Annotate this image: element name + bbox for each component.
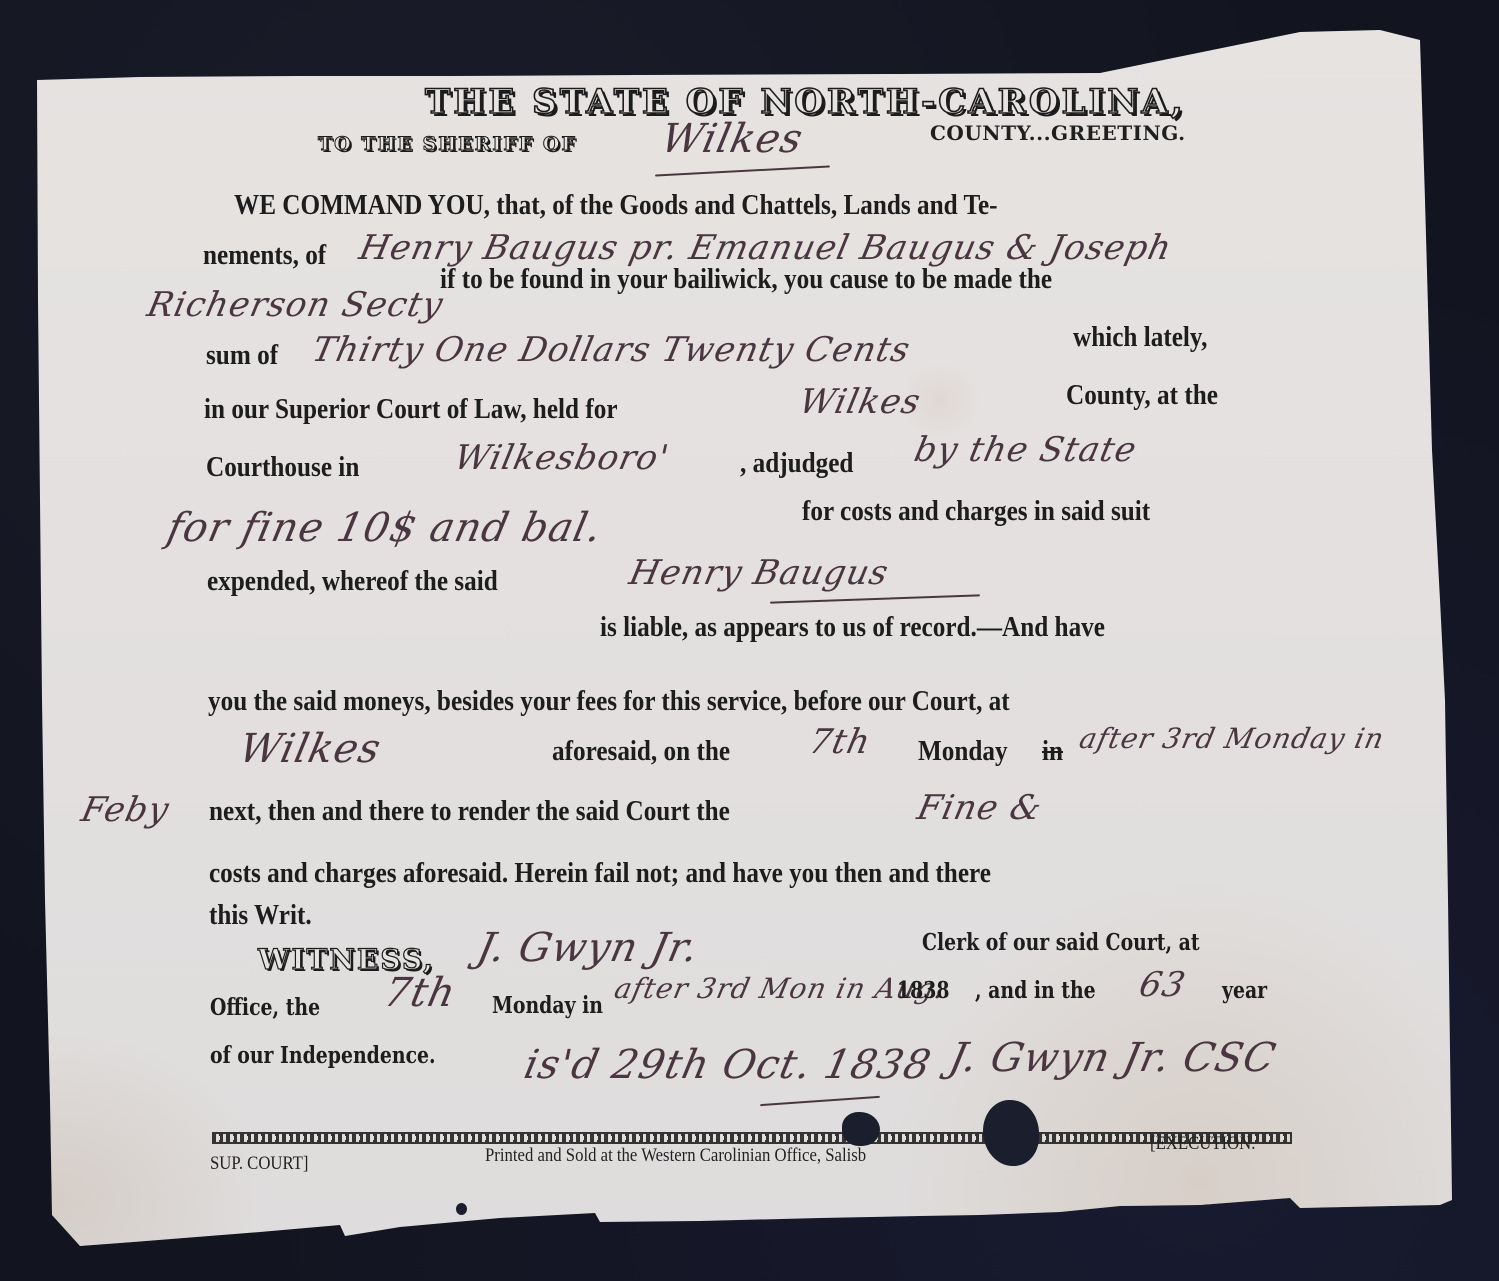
handwritten-county: Wilkes (657, 116, 807, 162)
and-in-the-label: , and in the (975, 977, 1096, 1004)
moneys-line: you the said moneys, besides your fees f… (208, 686, 1010, 718)
clerk-text: Clerk of our said Court, at (922, 929, 1200, 956)
handwritten-witness-name: J. Gwyn Jr. (473, 925, 703, 971)
footer-printer: Printed and Sold at the Western Carolini… (485, 1145, 866, 1167)
burn-hole (983, 1100, 1039, 1166)
courthouse-prefix: Courthouse in (206, 452, 359, 484)
which-lately: which lately, (1073, 322, 1207, 354)
handwritten-return-ordinal: 7th (806, 722, 875, 762)
this-writ-line: this Writ. (209, 900, 312, 932)
handwritten-liable-party: Henry Baugus (626, 553, 893, 593)
handwritten-sum: Thirty One Dollars Twenty Cents (309, 330, 914, 370)
burn-hole (842, 1112, 880, 1146)
monday-in-label: Monday in (492, 992, 603, 1019)
superior-court-line: in our Superior Court of Law, held for (204, 394, 618, 426)
county-at-the: County, at the (1066, 380, 1218, 412)
handwritten-after-monday: after 3rd Monday in (1076, 722, 1387, 755)
aforesaid-label: aforesaid, on the (552, 736, 730, 768)
handwritten-reason: for fine 10$ and bal. (163, 505, 606, 551)
liable-line: is liable, as appears to us of record.—A… (600, 612, 1105, 644)
handwritten-issue-date: is'd 29th Oct. 1838 (520, 1042, 935, 1088)
render-line: next, then and there to render the said … (209, 796, 730, 828)
handwritten-render: Fine & (914, 788, 1046, 828)
monday-label: Monday (918, 736, 1008, 768)
footer-sup-court: SUP. COURT] (210, 1153, 308, 1175)
ornamental-rule (212, 1132, 1292, 1144)
sum-prefix: sum of (206, 340, 278, 372)
handwritten-court-county: Wilkes (796, 382, 925, 422)
printed-year: 1838 (897, 977, 949, 1004)
handwritten-courthouse: Wilkesboro' (451, 438, 673, 478)
handwritten-margin-month: Feby (78, 790, 173, 830)
year-label: year (1222, 977, 1267, 1004)
handwritten-defendants: Henry Baugus pr. Emanuel Baugus & Joseph (356, 228, 1176, 268)
costs-charges-line: for costs and charges in said suit (802, 496, 1150, 528)
burn-hole (456, 1203, 467, 1215)
county-greeting: COUNTY...GREETING. (930, 121, 1186, 145)
independence-line: of our Independence. (210, 1042, 436, 1069)
office-prefix: Office, the (210, 994, 320, 1021)
handwritten-clerk-signature: J. Gwyn Jr. CSC (945, 1035, 1280, 1081)
handwritten-adjudged-by: by the State (911, 430, 1141, 470)
sheriff-prefix: TO THE SHERIFF OF (318, 133, 577, 155)
fail-not-line: costs and charges aforesaid. Herein fail… (209, 858, 991, 890)
handwritten-office-ordinal: 7th (380, 970, 460, 1016)
footer-execution: [EXECUTION. (1150, 1133, 1255, 1155)
handwritten-independence-year: 63 (1136, 965, 1190, 1005)
handwritten-surety: Richerson Secty (144, 285, 447, 325)
bailiwick-line: if to be found in your bailiwick, you ca… (440, 264, 1052, 296)
handwritten-return-place: Wilkes (235, 726, 385, 772)
expended-prefix: expended, whereof the said (207, 566, 498, 598)
command-line: WE COMMAND YOU, that, of the Goods and C… (234, 190, 998, 222)
struck-in: in (1042, 736, 1063, 768)
adjudged-label: , adjudged (740, 448, 853, 480)
tenements-prefix: nements, of (203, 240, 326, 272)
